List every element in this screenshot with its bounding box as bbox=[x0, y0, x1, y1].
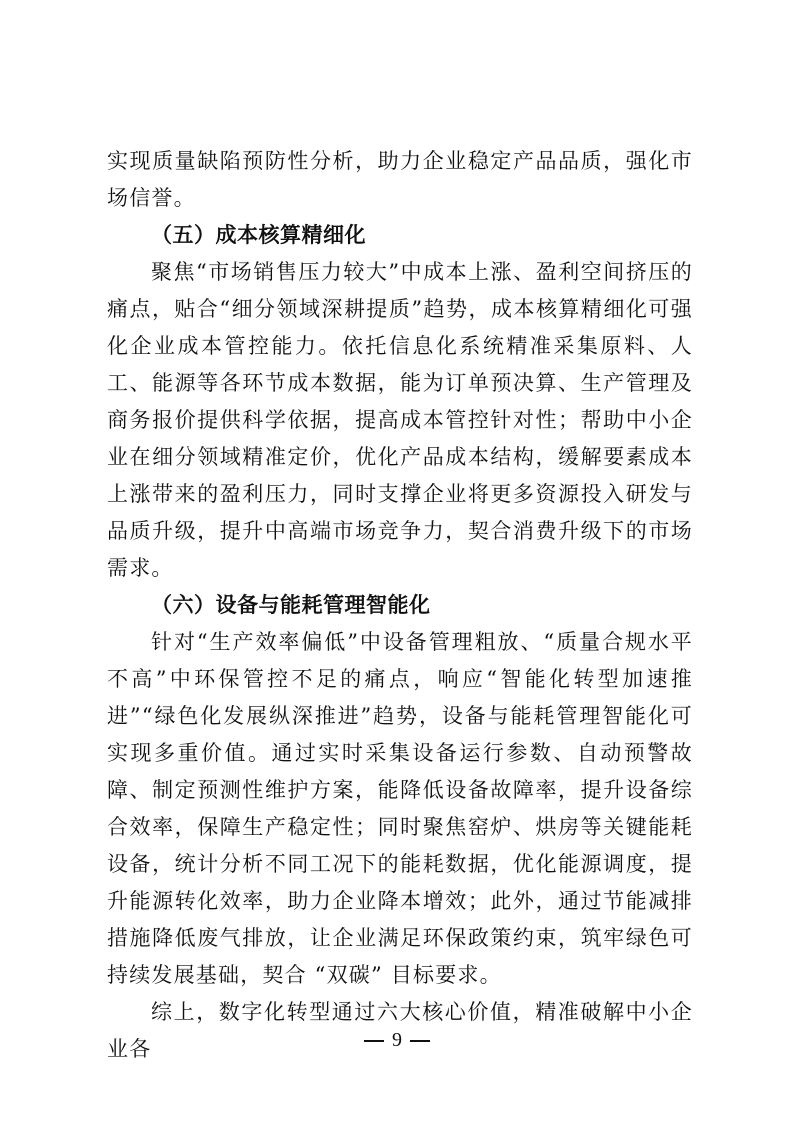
paragraph-cost-accounting: 聚焦“市场销售压力较大”中成本上涨、盈利空间挤压的痛点，贴合“细分领域深耕提质”… bbox=[107, 254, 693, 587]
dash-left bbox=[364, 1040, 384, 1042]
paragraph-quality-tail: 实现质量缺陷预防性分析，助力企业稳定产品品质，强化市场信誉。 bbox=[107, 143, 693, 217]
page-footer: 9 bbox=[0, 1026, 794, 1054]
document-page: 实现质量缺陷预防性分析，助力企业稳定产品品质，强化市场信誉。 （五）成本核算精细… bbox=[0, 0, 794, 1123]
page-number: 9 bbox=[392, 1029, 402, 1051]
dash-right bbox=[410, 1040, 430, 1042]
section-heading-equipment-energy: （六）设备与能耗管理智能化 bbox=[107, 587, 693, 624]
paragraph-equipment-energy: 针对“生产效率偏低”中设备管理粗放、“质量合规水平不高”中环保管控不足的痛点，响… bbox=[107, 624, 693, 994]
page-content: 实现质量缺陷预防性分析，助力企业稳定产品品质，强化市场信誉。 （五）成本核算精细… bbox=[107, 143, 693, 1068]
section-heading-cost-accounting: （五）成本核算精细化 bbox=[107, 217, 693, 254]
